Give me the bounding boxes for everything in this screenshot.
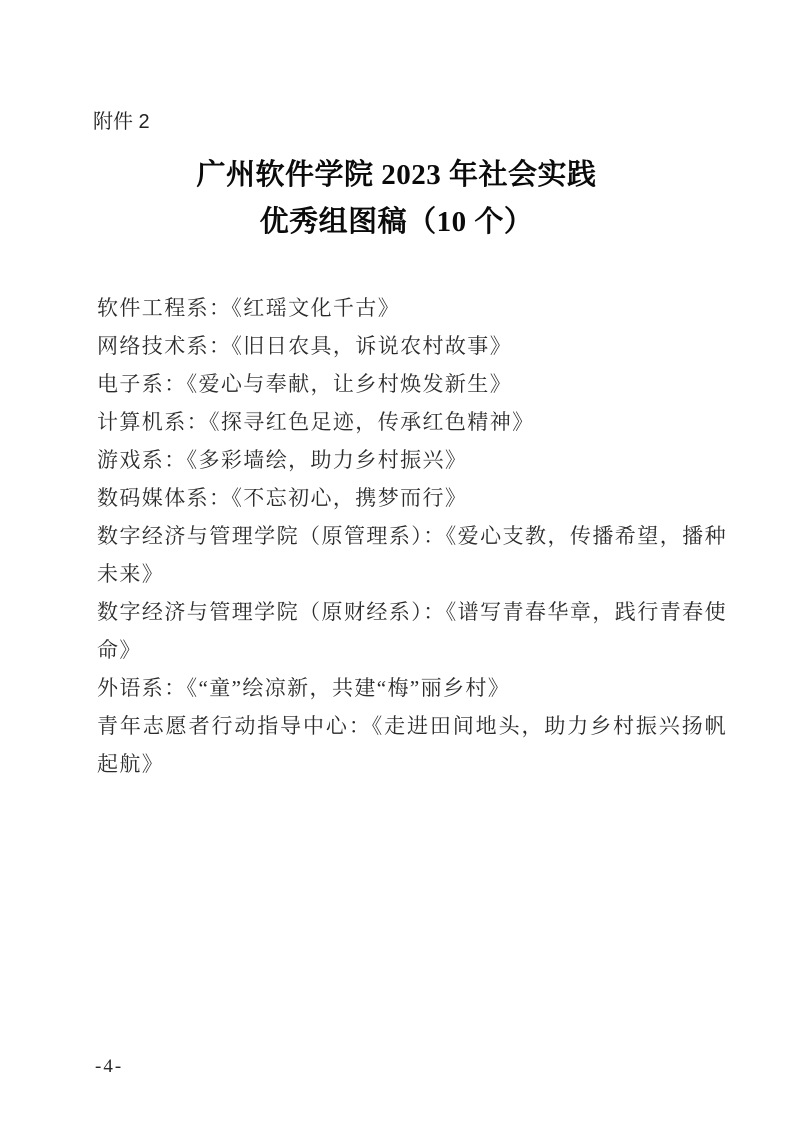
list-item-digital-media: 数码媒体系：《不忘初心，携梦而行》 <box>97 479 727 517</box>
list-item-game: 游戏系：《多彩墙绘，助力乡村振兴》 <box>97 441 727 479</box>
document-title: 广州软件学院 2023 年社会实践 优秀组图稿（10 个） <box>0 152 793 246</box>
list-item-network-technology: 网络技术系：《旧日农具，诉说农村故事》 <box>97 327 727 365</box>
award-list: 软件工程系：《红瑶文化千古》 网络技术系：《旧日农具，诉说农村故事》 电子系：《… <box>97 289 727 783</box>
list-item-software-engineering: 软件工程系：《红瑶文化千古》 <box>97 289 727 327</box>
page-number: -4- <box>95 1056 123 1078</box>
list-item-computer: 计算机系：《探寻红色足迹，传承红色精神》 <box>97 403 727 441</box>
list-item-digital-economy-management: 数字经济与管理学院（原管理系）：《爱心支教，传播希望，播种未来》 <box>97 517 727 593</box>
list-item-foreign-languages: 外语系：《“童”绘凉新，共建“梅”丽乡村》 <box>97 669 727 707</box>
document-page: 附件 2 广州软件学院 2023 年社会实践 优秀组图稿（10 个） 软件工程系… <box>0 0 793 1122</box>
list-item-youth-volunteer-center: 青年志愿者行动指导中心：《走进田间地头，助力乡村振兴扬帆起航》 <box>97 707 727 783</box>
title-line-1: 广州软件学院 2023 年社会实践 <box>0 152 793 199</box>
attachment-label: 附件 2 <box>93 109 150 135</box>
list-item-electronics: 电子系：《爱心与奉献，让乡村焕发新生》 <box>97 365 727 403</box>
list-item-digital-economy-finance: 数字经济与管理学院（原财经系）：《谱写青春华章，践行青春使命》 <box>97 593 727 669</box>
title-line-2: 优秀组图稿（10 个） <box>0 199 793 246</box>
